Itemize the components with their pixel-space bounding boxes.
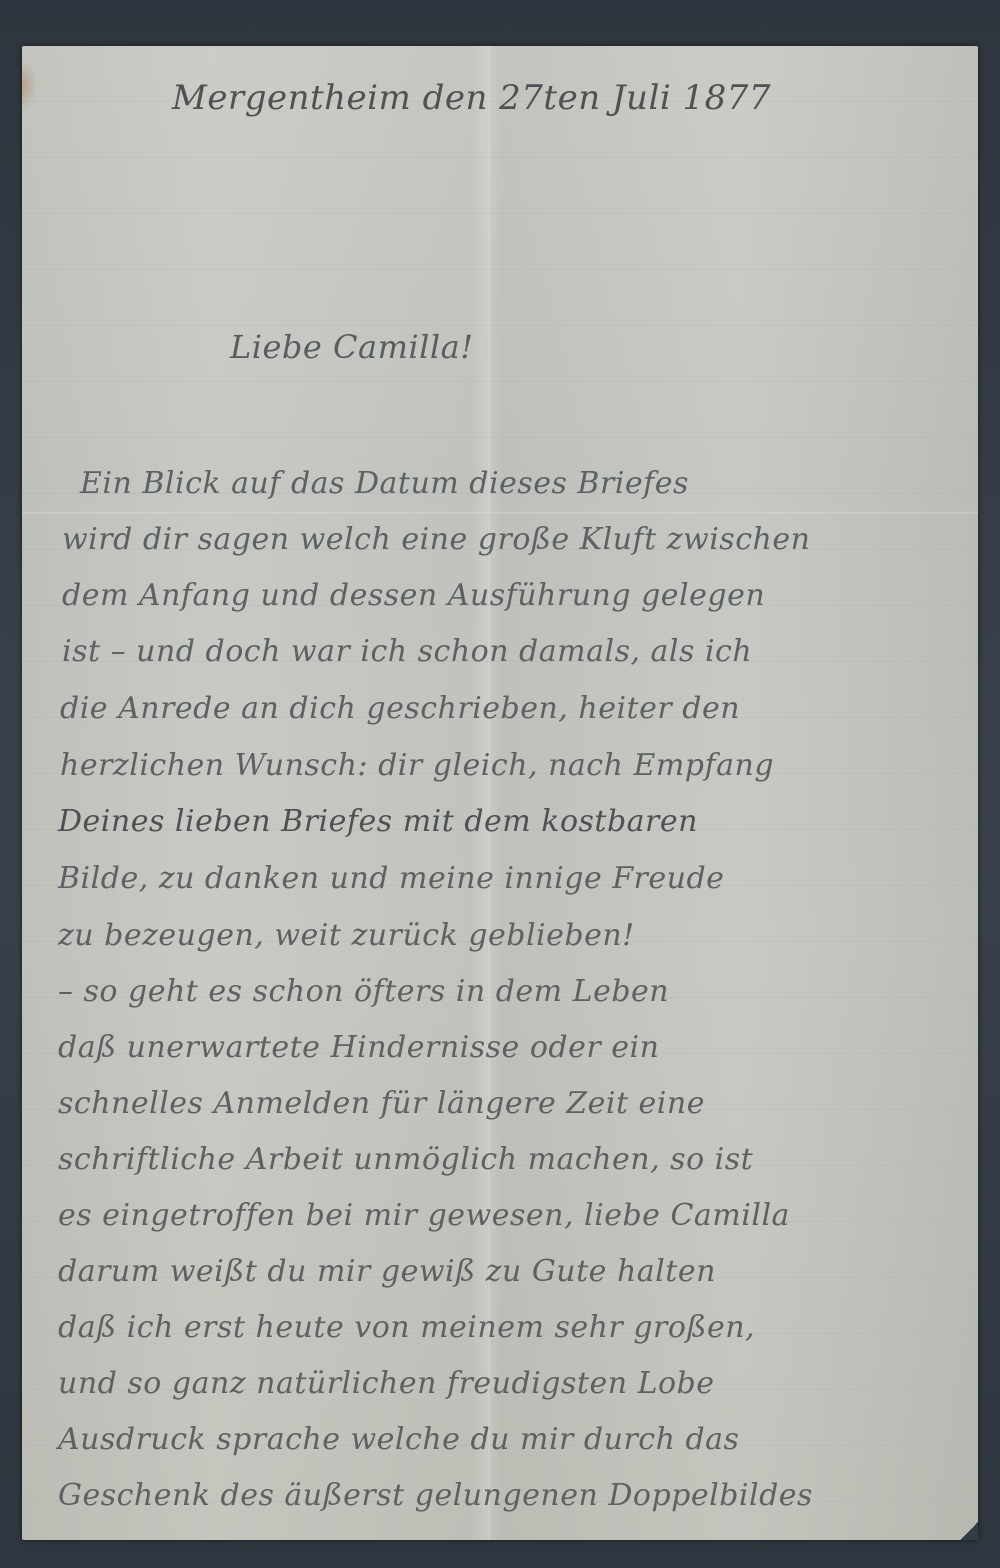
letter-salutation: Liebe Camilla! xyxy=(230,328,474,366)
body-line-15: darum weißt du mir gewiß zu Gute halten xyxy=(58,1254,716,1289)
body-line-18: Ausdruck sprache welche du mir durch das xyxy=(58,1422,739,1457)
body-line-12: schnelles Anmelden für längere Zeit eine xyxy=(58,1086,705,1121)
letter-page: Mergentheim den 27ten Juli 1877 Liebe Ca… xyxy=(22,46,978,1540)
rust-stain xyxy=(22,60,38,110)
letter-header-place-date: Mergentheim den 27ten Juli 1877 xyxy=(172,78,771,118)
body-line-16: daß ich erst heute von meinem sehr große… xyxy=(58,1310,755,1345)
body-line-3: dem Anfang und dessen Ausführung gelegen xyxy=(62,578,765,613)
body-line-6: herzlichen Wunsch: dir gleich, nach Empf… xyxy=(60,748,774,783)
body-line-14: es eingetroffen bei mir gewesen, liebe C… xyxy=(58,1198,790,1233)
body-line-7: Deines lieben Briefes mit dem kostbaren xyxy=(58,804,698,839)
body-line-5: die Anrede an dich geschrieben, heiter d… xyxy=(60,691,740,726)
body-line-1: Ein Blick auf das Datum dieses Briefes xyxy=(80,466,689,501)
body-line-4: ist – und doch war ich schon damals, als… xyxy=(62,634,752,669)
body-line-11: daß unerwartete Hindernisse oder ein xyxy=(58,1030,659,1065)
body-line-9: zu bezeugen, weit zurück geblieben! xyxy=(58,918,635,953)
body-line-17: und so ganz natürlichen freudigsten Lobe xyxy=(58,1366,715,1401)
body-line-10: – so geht es schon öfters in dem Leben xyxy=(58,974,669,1009)
body-line-19: Geschenk des äußerst gelungenen Doppelbi… xyxy=(58,1478,813,1513)
body-line-2: wird dir sagen welch eine große Kluft zw… xyxy=(62,522,810,557)
body-line-13: schriftliche Arbeit unmöglich machen, so… xyxy=(58,1142,753,1177)
body-line-8: Bilde, zu danken und meine innige Freude xyxy=(58,861,724,896)
folded-corner xyxy=(960,1522,978,1540)
